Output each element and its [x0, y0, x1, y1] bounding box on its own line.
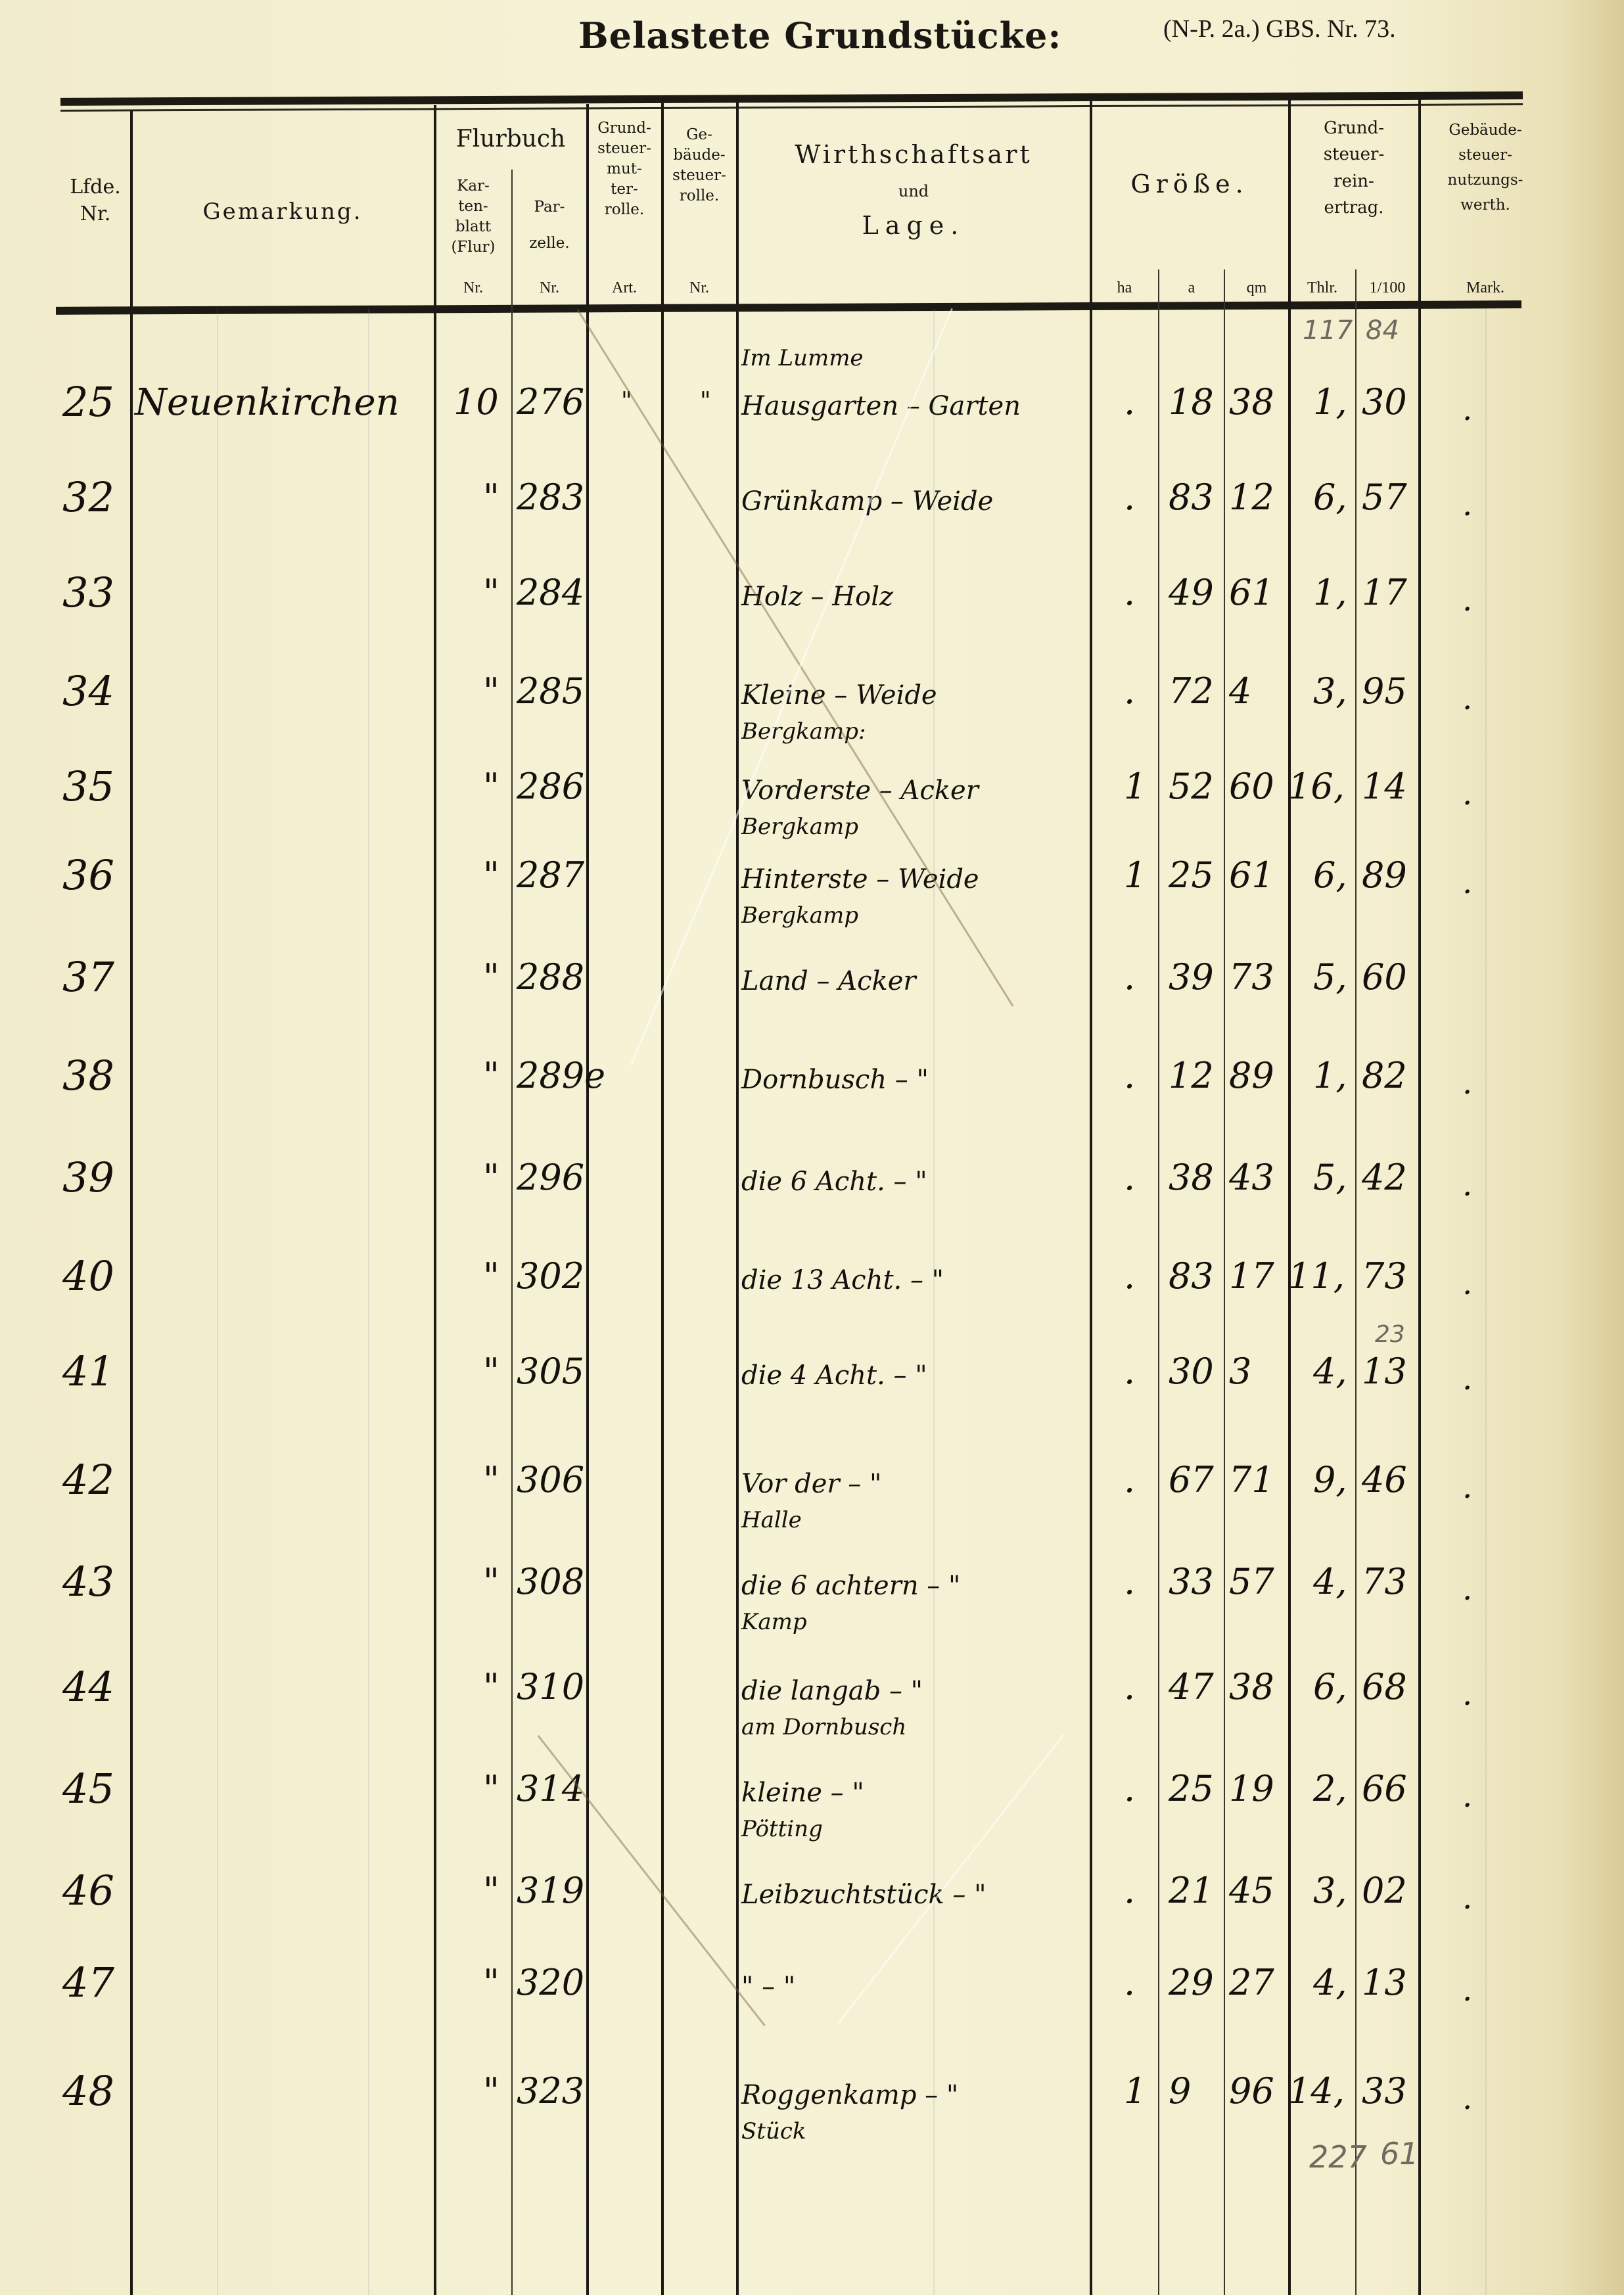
- mark-cell: .: [1462, 391, 1472, 428]
- ha-cell: .: [1124, 1055, 1135, 1096]
- a-cell: 39: [1169, 956, 1214, 998]
- row-number: 33: [62, 568, 114, 616]
- kartenblatt-cell: ": [483, 1255, 499, 1297]
- qm-cell: 96: [1229, 2070, 1274, 2112]
- mark-cell: .: [1462, 1571, 1472, 1608]
- kartenblatt-cell: ": [483, 1768, 499, 1809]
- qm-cell: 43: [1229, 1157, 1274, 1198]
- hundredths-cell: 02: [1362, 1870, 1407, 1911]
- parzelle-cell: 286: [517, 766, 584, 807]
- form-number: (N-P. 2a.) GBS. Nr. 73.: [1163, 14, 1396, 43]
- a-cell: 25: [1169, 1768, 1214, 1809]
- header-grundsteuermutterrolle: Grund- steuer- mut- ter- rolle.: [588, 118, 661, 220]
- col-line-reinertrag-gebaeudesteuer: [1418, 95, 1421, 2295]
- parzelle-cell: 308: [517, 1561, 584, 1602]
- hundredths-cell: 42: [1362, 1157, 1407, 1198]
- thlr-cell: 4,: [1313, 1962, 1347, 2003]
- wirthschaftsart-cell: Grünkamp – Weide: [741, 486, 993, 517]
- row-number: 35: [62, 762, 114, 810]
- lage-note: Bergkamp: [741, 902, 858, 929]
- kartenblatt-cell: ": [483, 1561, 499, 1602]
- ha-cell: .: [1124, 670, 1135, 712]
- col-line-groesse-reinertrag: [1288, 96, 1291, 2295]
- wirthschaftsart-cell: " – ": [741, 1972, 795, 2002]
- row-number: 39: [62, 1153, 114, 1201]
- thlr-cell: 2,: [1313, 1768, 1347, 1809]
- parzelle-cell: 314: [517, 1768, 584, 1809]
- thlr-cell: 11,: [1288, 1255, 1345, 1297]
- kartenblatt-cell: ": [483, 854, 499, 896]
- parzelle-cell: 287: [517, 854, 584, 896]
- wirthschaftsart-cell: Hinterste – Weide: [741, 864, 979, 894]
- thlr-cell: 4,: [1313, 1561, 1347, 1602]
- kartenblatt-cell: ": [483, 1962, 499, 2003]
- header-kartenblatt: Kar- ten- blatt (Flur): [436, 176, 510, 258]
- ha-cell: .: [1124, 1157, 1135, 1198]
- row-number: 37: [62, 953, 114, 1001]
- col-line-mutterrolle-gebaeude: [661, 103, 664, 2295]
- thlr-cell: 4,: [1313, 1351, 1347, 1392]
- col-line-gemarkung-flurbuch: [434, 105, 436, 2295]
- unit-mark: Mark.: [1420, 279, 1551, 297]
- hundredths-cell: 73: [1362, 1561, 1407, 1602]
- total-thlr: 227: [1309, 2139, 1367, 2175]
- faint-ruling: [368, 309, 369, 2295]
- parzelle-cell: 283: [517, 476, 584, 518]
- row-number: 25: [62, 378, 114, 426]
- header-line: Gebäude-: [1420, 118, 1551, 143]
- ha-cell: .: [1124, 1561, 1135, 1602]
- total-hundredths: 61: [1380, 2136, 1419, 2171]
- mark-cell: .: [1462, 1469, 1472, 1506]
- a-cell: 25: [1169, 854, 1214, 896]
- kartenblatt-cell: ": [483, 2070, 499, 2112]
- ha-cell: 1: [1124, 766, 1146, 807]
- a-cell: 18: [1169, 381, 1214, 423]
- wirthschaftsart-cell: Hausgarten – Garten: [741, 391, 1021, 421]
- header-line: steuer-: [1289, 141, 1418, 168]
- header-line: rolle.: [662, 186, 736, 206]
- parzelle-cell: 305: [517, 1351, 584, 1392]
- qm-cell: 17: [1229, 1255, 1274, 1297]
- lage-note: Halle: [741, 1507, 802, 1533]
- header-line: Ge-: [662, 125, 736, 145]
- header-parzelle-line: zelle.: [513, 233, 586, 254]
- kartenblatt-cell: ": [483, 1157, 499, 1198]
- qm-cell: 61: [1229, 572, 1274, 613]
- header-kartenblatt-line: ten-: [436, 197, 510, 217]
- header-line: bäude-: [662, 145, 736, 166]
- qm-cell: 38: [1229, 1666, 1274, 1707]
- row-number: 44: [62, 1663, 114, 1711]
- row-number: 41: [62, 1347, 114, 1395]
- col-line-karte-parzelle: [511, 170, 513, 2295]
- row-number: 46: [62, 1866, 114, 1914]
- kartenblatt-cell: ": [483, 572, 499, 613]
- thlr-cell: 5,: [1313, 956, 1347, 998]
- qm-cell: 38: [1229, 381, 1274, 423]
- hundredths-cell: 68: [1362, 1666, 1407, 1707]
- a-cell: 83: [1169, 1255, 1214, 1297]
- wirthschaftsart-cell: Leibzuchtstück – ": [741, 1880, 986, 1910]
- carry-over-thlr: 117: [1303, 315, 1353, 346]
- kartenblatt-cell: ": [483, 670, 499, 712]
- ha-cell: .: [1124, 1870, 1135, 1911]
- wirthschaftsart-cell: Dornbusch – ": [741, 1065, 929, 1095]
- thlr-cell: 3,: [1313, 670, 1347, 712]
- row-number: 38: [62, 1052, 114, 1100]
- a-cell: 83: [1169, 476, 1214, 518]
- wirthschaftsart-cell: Vor der – ": [741, 1469, 881, 1499]
- header-groesse: Größe.: [1091, 168, 1288, 201]
- header-line: mut-: [588, 159, 661, 179]
- col-line-a-qm: [1224, 269, 1225, 2295]
- col-line-lfde-gemarkung: [130, 110, 133, 2295]
- col-line-parzelle-mutterrolle: [586, 104, 589, 2295]
- header-line: rein-: [1289, 168, 1418, 195]
- hundredths-cell: 73: [1362, 1255, 1407, 1297]
- mark-cell: .: [1462, 1880, 1472, 1916]
- header-line: ter-: [588, 179, 661, 200]
- qm-cell: 12: [1229, 476, 1274, 518]
- qm-cell: 19: [1229, 1768, 1274, 1809]
- hundredths-cell: 14: [1362, 766, 1407, 807]
- mark-cell: .: [1462, 486, 1472, 523]
- header-kartenblatt-line: (Flur): [436, 237, 510, 258]
- top-rule-thick: [60, 91, 1523, 106]
- mark-cell: .: [1462, 1065, 1472, 1101]
- mark-cell: .: [1462, 1167, 1472, 1203]
- a-cell: 9: [1169, 2070, 1191, 2112]
- header-grundsteuerreinertrag: Grund- steuer- rein- ertrag.: [1289, 115, 1418, 221]
- parzelle-cell: 289e: [517, 1055, 605, 1096]
- qm-cell: 4: [1229, 670, 1251, 712]
- kartenblatt-cell: ": [483, 1870, 499, 1911]
- col-line-gebaeude-wirthschaft: [736, 103, 739, 2295]
- ha-cell: 1: [1124, 854, 1146, 896]
- ha-cell: .: [1124, 1255, 1135, 1297]
- qm-cell: 73: [1229, 956, 1274, 998]
- row-number: 34: [62, 667, 114, 715]
- thlr-cell: 16,: [1288, 766, 1345, 807]
- header-line: Grund-: [1289, 115, 1418, 141]
- lage-note: Im Lumme: [741, 345, 864, 371]
- gemarkung-cell: Neuenkirchen: [135, 381, 400, 424]
- thlr-cell: 1,: [1313, 572, 1347, 613]
- header-bottom-rule: [56, 300, 1521, 315]
- header-kartenblatt-line: blatt: [436, 217, 510, 237]
- mark-cell: .: [1462, 1972, 1472, 2008]
- parzelle-cell: 306: [517, 1459, 584, 1500]
- unit-gebaeudesteuerrolle-nr: Nr.: [662, 279, 736, 297]
- wirthschaftsart-cell: Roggenkamp – ": [741, 2080, 958, 2110]
- ha-cell: .: [1124, 956, 1135, 998]
- hundredths-cell: 66: [1362, 1768, 1407, 1809]
- unit-a: a: [1159, 279, 1224, 297]
- hundredths-cell: 46: [1362, 1459, 1407, 1500]
- wirthschaftsart-cell: kleine – ": [741, 1778, 864, 1808]
- thlr-cell: 1,: [1313, 381, 1347, 423]
- lage-note: Pötting: [741, 1816, 823, 1842]
- qm-cell: 71: [1229, 1459, 1274, 1500]
- header-line: Lage.: [737, 209, 1090, 243]
- unit-kartenblatt-nr: Nr.: [436, 279, 510, 297]
- mark-cell: .: [1462, 1360, 1472, 1397]
- header-line: steuer-: [588, 139, 661, 159]
- header-parzelle: Par- zelle.: [513, 197, 586, 254]
- header-line: steuer-: [662, 166, 736, 186]
- row-number: 48: [62, 2067, 114, 2115]
- mark-cell: .: [1462, 776, 1472, 812]
- qm-cell: 61: [1229, 854, 1274, 896]
- header-gemarkung: Gemarkung.: [131, 197, 434, 227]
- a-cell: 30: [1169, 1351, 1214, 1392]
- thlr-cell: 6,: [1313, 476, 1347, 518]
- header-parzelle-line: Par-: [513, 197, 586, 218]
- mark-cell: .: [1462, 680, 1472, 717]
- header-gebaeudesteuernutzungswerth: Gebäude- steuer- nutzungs- werth.: [1420, 118, 1551, 218]
- faint-ruling: [933, 309, 935, 2295]
- row-number: 45: [62, 1765, 114, 1813]
- wirthschaftsart-cell: die langab – ": [741, 1676, 923, 1706]
- mark-cell: .: [1462, 2080, 1472, 2117]
- header-lfde-nr: Lfde. Nr.: [62, 174, 128, 227]
- hundredths-cell: 30: [1362, 381, 1407, 423]
- parzelle-cell: 310: [517, 1666, 584, 1707]
- unit-thlr: Thlr.: [1289, 279, 1355, 297]
- thlr-cell: 3,: [1313, 1870, 1347, 1911]
- a-cell: 67: [1169, 1459, 1214, 1500]
- row-number: 40: [62, 1252, 114, 1300]
- correction-note: 23: [1375, 1321, 1405, 1348]
- header-line: nutzungs-: [1420, 168, 1551, 193]
- header-line: ertrag.: [1289, 195, 1418, 221]
- header-lfde-label: Lfde.: [62, 174, 128, 201]
- kartenblatt-cell: ": [483, 476, 499, 518]
- lage-note: Stück: [741, 2118, 806, 2144]
- wirthschaftsart-cell: die 6 Acht. – ": [741, 1167, 927, 1197]
- header-wirthschaftsart: Wirthschaftsart und Lage.: [737, 138, 1090, 243]
- hundredths-cell: 33: [1362, 2070, 1407, 2112]
- ha-cell: .: [1124, 1351, 1135, 1392]
- parzelle-cell: 285: [517, 670, 584, 712]
- header-line: und: [737, 181, 1090, 202]
- a-cell: 72: [1169, 670, 1214, 712]
- a-cell: 52: [1169, 766, 1214, 807]
- hundredths-cell: 57: [1362, 476, 1407, 518]
- thlr-cell: 14,: [1288, 2070, 1345, 2112]
- a-cell: 29: [1169, 1962, 1214, 2003]
- a-cell: 21: [1169, 1870, 1214, 1911]
- mark-cell: .: [1462, 864, 1472, 901]
- wirthschaftsart-cell: Kleine – Weide: [741, 680, 937, 710]
- parzelle-cell: 296: [517, 1157, 584, 1198]
- unit-ha: ha: [1091, 279, 1158, 297]
- unit-parzelle-nr: Nr.: [513, 279, 586, 297]
- kartenblatt-cell: ": [483, 1666, 499, 1707]
- parzelle-cell: 302: [517, 1255, 584, 1297]
- qm-cell: 60: [1229, 766, 1274, 807]
- faint-ruling: [1485, 309, 1487, 2295]
- hundredths-cell: 82: [1362, 1055, 1407, 1096]
- hundredths-cell: 95: [1362, 670, 1407, 712]
- ha-cell: .: [1124, 1962, 1135, 2003]
- hundredths-cell: 60: [1362, 956, 1407, 998]
- wirthschaftsart-cell: die 13 Acht. – ": [741, 1265, 944, 1295]
- ha-cell: 1: [1124, 2070, 1146, 2112]
- col-line-ha-a: [1158, 269, 1159, 2295]
- header-line: rolle.: [588, 200, 661, 220]
- hundredths-cell: 13: [1362, 1962, 1407, 2003]
- thlr-cell: 5,: [1313, 1157, 1347, 1198]
- header-line: Grund-: [588, 118, 661, 139]
- unit-mutterrolle-art: Art.: [588, 279, 661, 297]
- ha-cell: .: [1124, 572, 1135, 613]
- header-line: werth.: [1420, 193, 1551, 218]
- a-cell: 38: [1169, 1157, 1214, 1198]
- header-gebaeudesteuerrolle: Ge- bäude- steuer- rolle.: [662, 125, 736, 206]
- carry-over-hundredths: 84: [1366, 315, 1399, 346]
- hundredths-cell: 13: [1362, 1351, 1407, 1392]
- gebaeuderolle-cell: ": [700, 388, 711, 415]
- a-cell: 49: [1169, 572, 1214, 613]
- hundredths-cell: 89: [1362, 854, 1407, 896]
- parzelle-cell: 276: [517, 381, 584, 423]
- kartenblatt-cell: ": [483, 1351, 499, 1392]
- thlr-cell: 6,: [1313, 1666, 1347, 1707]
- hundredths-cell: 17: [1362, 572, 1407, 613]
- row-number: 47: [62, 1959, 114, 2006]
- ha-cell: .: [1124, 1666, 1135, 1707]
- a-cell: 47: [1169, 1666, 1214, 1707]
- kartenblatt-cell: ": [483, 1055, 499, 1096]
- parzelle-cell: 320: [517, 1962, 584, 2003]
- thlr-cell: 9,: [1313, 1459, 1347, 1500]
- unit-hundredths: 1/100: [1357, 279, 1418, 297]
- ha-cell: .: [1124, 476, 1135, 518]
- faint-ruling: [217, 309, 218, 2295]
- parzelle-cell: 323: [517, 2070, 584, 2112]
- ha-cell: .: [1124, 1459, 1135, 1500]
- parzelle-cell: 319: [517, 1870, 584, 1911]
- kartenblatt-cell: ": [483, 1459, 499, 1500]
- unit-qm: qm: [1225, 279, 1288, 297]
- thlr-cell: 1,: [1313, 1055, 1347, 1096]
- ha-cell: .: [1124, 381, 1135, 423]
- parzelle-cell: 284: [517, 572, 584, 613]
- mark-cell: .: [1462, 582, 1472, 618]
- page-title: Belastete Grundstücke:: [578, 14, 1061, 57]
- wirthschaftsart-cell: Vorderste – Acker: [741, 776, 979, 806]
- mark-cell: .: [1462, 1676, 1472, 1713]
- kartenblatt-cell: ": [483, 766, 499, 807]
- ha-cell: .: [1124, 1768, 1135, 1809]
- kartenblatt-cell: 10: [453, 381, 499, 423]
- lage-note: Kamp: [741, 1609, 807, 1635]
- col-line-wirthschaft-groesse: [1090, 99, 1092, 2295]
- parzelle-cell: 288: [517, 956, 584, 998]
- row-number: 43: [62, 1558, 114, 1606]
- lage-note: Bergkamp: [741, 814, 858, 840]
- header-line: Wirthschaftsart: [737, 138, 1090, 172]
- mark-cell: .: [1462, 1778, 1472, 1815]
- col-line-thlr-hundredths: [1355, 269, 1357, 2295]
- wirthschaftsart-cell: die 4 Acht. – ": [741, 1360, 927, 1391]
- lage-note: am Dornbusch: [741, 1714, 906, 1740]
- row-number: 36: [62, 851, 114, 899]
- wirthschaftsart-cell: die 6 achtern – ": [741, 1571, 960, 1601]
- header-flurbuch: Flurbuch: [435, 124, 586, 156]
- header-nr-label: Nr.: [62, 201, 128, 228]
- qm-cell: 89: [1229, 1055, 1274, 1096]
- qm-cell: 27: [1229, 1962, 1274, 2003]
- wirthschaftsart-cell: Land – Acker: [741, 966, 916, 996]
- a-cell: 12: [1169, 1055, 1214, 1096]
- row-number: 32: [62, 473, 114, 521]
- header-kartenblatt-line: Kar-: [436, 176, 510, 197]
- header-line: steuer-: [1420, 143, 1551, 168]
- qm-cell: 45: [1229, 1870, 1274, 1911]
- mark-cell: .: [1462, 1265, 1472, 1302]
- qm-cell: 57: [1229, 1561, 1274, 1602]
- row-number: 42: [62, 1456, 114, 1504]
- kartenblatt-cell: ": [483, 956, 499, 998]
- qm-cell: 3: [1229, 1351, 1251, 1392]
- a-cell: 33: [1169, 1561, 1214, 1602]
- thlr-cell: 6,: [1313, 854, 1347, 896]
